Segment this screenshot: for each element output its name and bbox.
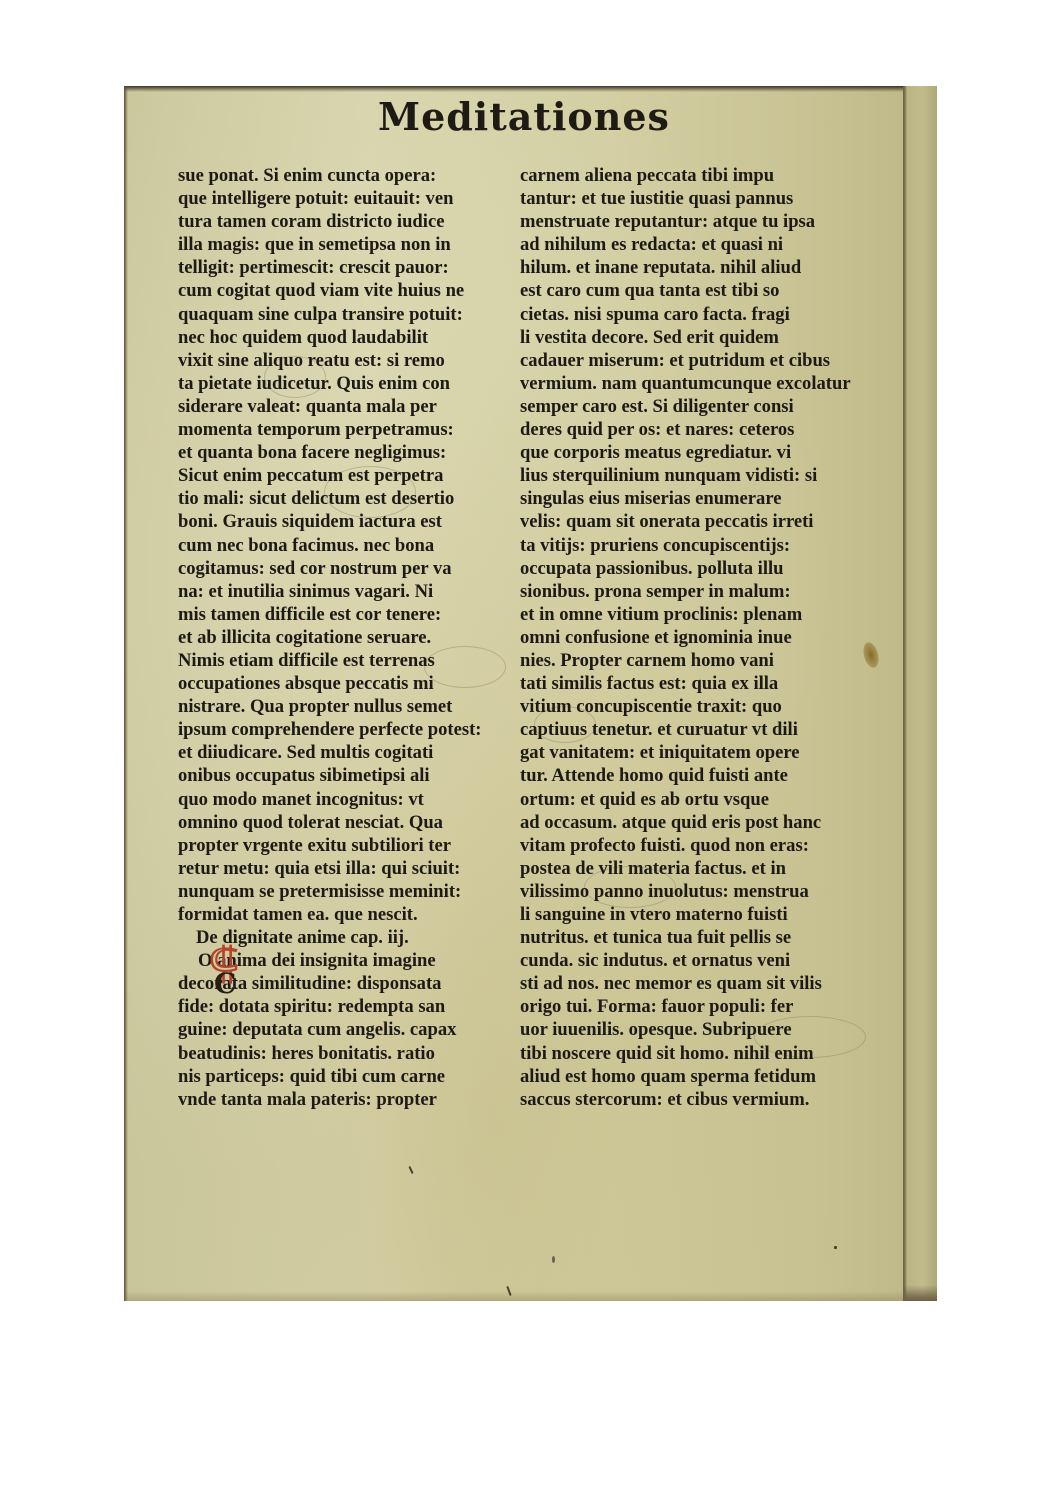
text-line: velis: quam sit onerata peccatis irreti — [520, 510, 865, 533]
text-line: menstruate reputantur: atque tu ipsa — [520, 210, 865, 233]
text-line: sionibus. prona semper in malum: — [520, 580, 865, 603]
text-line: tantur: et tue iustitie quasi pannus — [520, 187, 865, 210]
text-line: cogitamus: sed cor nostrum per va — [178, 557, 518, 580]
text-line: Sicut enim peccatum est perpetra — [178, 464, 518, 487]
text-line: hilum. et inane reputata. nihil aliud — [520, 256, 865, 279]
facing-page-edge — [903, 86, 937, 1301]
text-line: occupata passionibus. polluta illu — [520, 557, 865, 580]
text-line: li vestita decore. Sed erit quidem — [520, 326, 865, 349]
text-line: retur metu: quia etsi illa: qui sciuit: — [178, 857, 518, 880]
text-line: vnde tanta mala pateris: propter — [178, 1088, 518, 1111]
page-left-edge — [124, 86, 128, 1301]
text-line: saccus stercorum: et cibus vermium. — [520, 1088, 865, 1111]
text-line: singulas eius miserias enumerare — [520, 487, 865, 510]
running-head: Meditationes — [378, 94, 668, 139]
text-line: uor iuuenilis. opesque. Subripuere — [520, 1018, 865, 1041]
text-line: illa magis: que in semetipsa non in — [178, 233, 518, 256]
text-line: que intelligere potuit: euitauit: ven — [178, 187, 518, 210]
text-line: siderare valeat: quanta mala per — [178, 395, 518, 418]
text-line: tati similis factus est: quia ex illa — [520, 672, 865, 695]
text-line: vixit sine aliquo reatu est: si remo — [178, 349, 518, 372]
text-line: nutritus. et tunica tua fuit pellis se — [520, 926, 865, 949]
text-line: nistrare. Qua propter nullus semet — [178, 695, 518, 718]
text-line: est caro cum qua tanta est tibi so — [520, 279, 865, 302]
text-line: ta pietate iudicetur. Quis enim con — [178, 372, 518, 395]
rubricated-initial: C — [214, 970, 236, 998]
text-line: cietas. nisi spuma caro facta. fragi — [520, 303, 865, 326]
page-top-edge-shadow — [124, 86, 937, 92]
text-line: cunda. sic indutus. et ornatus veni — [520, 949, 865, 972]
text-line: aliud est homo quam sperma fetidum — [520, 1065, 865, 1088]
text-line: ortum: et quid es ab ortu vsque — [520, 788, 865, 811]
text-line: beatudinis: heres bonitatis. ratio — [178, 1042, 518, 1065]
text-line: tibi noscere quid sit homo. nihil enim — [520, 1042, 865, 1065]
text-line: carnem aliena peccata tibi impu — [520, 164, 865, 187]
text-line: cadauer miserum: et putridum et cibus — [520, 349, 865, 372]
text-line: vitam profecto fuisti. quod non eras: — [520, 834, 865, 857]
text-line: nies. Propter carnem homo vani — [520, 649, 865, 672]
text-line: na: et inutilia sinimus vagari. Ni — [178, 580, 518, 603]
text-line: quaquam sine culpa transire potuit: — [178, 303, 518, 326]
text-line: ta vitijs: pruriens concupiscentijs: — [520, 534, 865, 557]
text-line: omni confusione et ignominia inue — [520, 626, 865, 649]
paper-speck — [834, 1246, 837, 1249]
text-line: onibus occupatus sibimetipsi ali — [178, 764, 518, 787]
text-line: tio mali: sicut delictum est desertio — [178, 487, 518, 510]
text-column-right: carnem aliena peccata tibi impu tantur: … — [520, 164, 865, 1111]
text-line: et diiudicare. Sed multis cogitati — [178, 741, 518, 764]
text-line: formidat tamen ea. que nescit. — [178, 903, 518, 926]
text-line: tura tamen coram districto iudice — [178, 210, 518, 233]
text-line: mis tamen difficile est cor tenere: — [178, 603, 518, 626]
text-line: origo tui. Forma: fauor populi: fer — [520, 995, 865, 1018]
text-line: ad occasum. atque quid eris post hanc — [520, 811, 865, 834]
text-line: vitium concupiscentie traxit: quo — [520, 695, 865, 718]
text-line: propter vrgente exitu subtiliori ter — [178, 834, 518, 857]
text-line: sue ponat. Si enim cuncta opera: — [178, 164, 518, 187]
text-line: ipsum comprehendere perfecte potest: — [178, 718, 518, 741]
text-line: gat vanitatem: et iniquitatem opere — [520, 741, 865, 764]
text-line: vermium. nam quantumcunque excolatur — [520, 372, 865, 395]
text-line: omnino quod tolerat nesciat. Qua — [178, 811, 518, 834]
text-line: nunquam se pretermisisse meminit: — [178, 880, 518, 903]
text-line: occupationes absque peccatis mi — [178, 672, 518, 695]
text-line: et ab illicita cogitatione seruare. — [178, 626, 518, 649]
text-line: nec hoc quidem quod laudabilit — [178, 326, 518, 349]
text-line: quo modo manet incognitus: vt — [178, 788, 518, 811]
text-line: deres quid per os: et nares: ceteros — [520, 418, 865, 441]
text-line: guine: deputata cum angelis. capax — [178, 1018, 518, 1041]
paper-speck — [408, 1166, 413, 1174]
text-line: et in omne vitium proclinis: plenam — [520, 603, 865, 626]
text-line: et quanta bona facere negligimus: — [178, 441, 518, 464]
paper-speck — [552, 1256, 555, 1263]
text-line: sti ad nos. nec memor es quam sit vilis — [520, 972, 865, 995]
text-line: Nimis etiam difficile est terrenas — [178, 649, 518, 672]
text-line: lius sterquilinium nunquam vidisti: si — [520, 464, 865, 487]
text-line: semper caro est. Si diligenter consi — [520, 395, 865, 418]
text-line: telligit: pertimescit: crescit pauor: — [178, 256, 518, 279]
text-line: boni. Grauis siquidem iactura est — [178, 510, 518, 533]
text-line: momenta temporum perpetramus: — [178, 418, 518, 441]
page-bottom-shadow — [124, 1291, 937, 1301]
text-line: que corporis meatus egrediatur. vi — [520, 441, 865, 464]
text-line: vilissimo panno inuolutus: menstrua — [520, 880, 865, 903]
text-line: li sanguine in vtero materno fuisti — [520, 903, 865, 926]
text-line: cum cogitat quod viam vite huius ne — [178, 279, 518, 302]
page-scan: Meditationes sue ponat. Si enim cuncta o… — [124, 86, 937, 1301]
text-line: nis particeps: quid tibi cum carne — [178, 1065, 518, 1088]
text-line: cum nec bona facimus. nec bona — [178, 534, 518, 557]
text-line: captiuus tenetur. et curuatur vt dili — [520, 718, 865, 741]
text-line: tur. Attende homo quid fuisti ante — [520, 764, 865, 787]
text-line: postea de vili materia factus. et in — [520, 857, 865, 880]
text-line: ad nihilum es redacta: et quasi ni — [520, 233, 865, 256]
